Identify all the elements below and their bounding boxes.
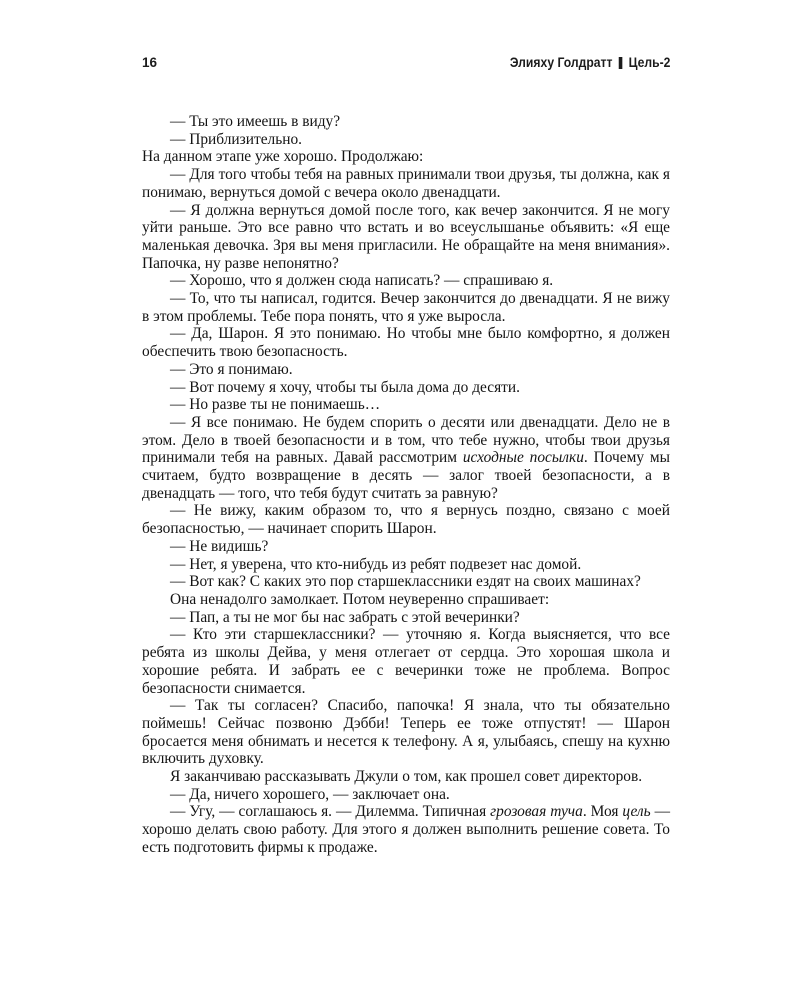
running-head-title: Цель-2 [628, 55, 670, 70]
paragraph: — Кто эти старшеклассники? — уточняю я. … [142, 626, 670, 697]
paragraph: — Пап, а ты не мог бы нас забрать с этой… [142, 609, 670, 627]
body-text: — Ты это имеешь в виду?— Приблизительно.… [142, 113, 670, 857]
paragraph: — Не видишь? [142, 538, 670, 556]
italic-text: исходные посылки [463, 449, 584, 466]
paragraph: — Но разве ты не понимаешь… [142, 396, 670, 414]
paragraph: Я заканчиваю рассказывать Джули о том, к… [142, 768, 670, 786]
header-separator-icon [618, 57, 622, 69]
paragraph: — Я должна вернуться домой после того, к… [142, 202, 670, 273]
paragraph: — Вот как? С каких это пор старшеклассни… [142, 573, 670, 591]
page-number: 16 [142, 55, 157, 70]
paragraph: Она ненадолго замолкает. Потом неуверенн… [142, 591, 670, 609]
paragraph: — Хорошо, что я должен сюда написать? — … [142, 272, 670, 290]
page-header: 16 Элияху Голдратт Цель-2 [142, 55, 670, 70]
italic-text: грозовая туча [490, 803, 583, 820]
paragraph: — Для того чтобы тебя на равных принимал… [142, 166, 670, 201]
book-page: 16 Элияху Голдратт Цель-2 — Ты это имееш… [0, 0, 800, 1000]
running-head: Элияху Голдратт Цель-2 [509, 55, 670, 70]
paragraph: — Да, Шарон. Я это понимаю. Но чтобы мне… [142, 325, 670, 360]
running-head-author: Элияху Голдратт [509, 55, 612, 70]
paragraph: — Угу, — соглашаюсь я. — Дилемма. Типичн… [142, 803, 670, 856]
paragraph: — Да, ничего хорошего, — заключает она. [142, 786, 670, 804]
italic-text: цель [622, 803, 650, 820]
paragraph: На данном этапе уже хорошо. Продолжаю: [142, 148, 670, 166]
paragraph: — Я все понимаю. Не будем спорить о деся… [142, 414, 670, 503]
paragraph: — Не вижу, каким образом то, что я верну… [142, 502, 670, 537]
paragraph: — То, что ты написал, годится. Вечер зак… [142, 290, 670, 325]
paragraph: — Приблизительно. [142, 131, 670, 149]
paragraph: — Нет, я уверена, что кто-нибудь из ребя… [142, 556, 670, 574]
paragraph: — Так ты согласен? Спасибо, папочка! Я з… [142, 697, 670, 768]
paragraph: — Вот почему я хочу, чтобы ты была дома … [142, 379, 670, 397]
paragraph: — Ты это имеешь в виду? [142, 113, 670, 131]
paragraph: — Это я понимаю. [142, 361, 670, 379]
